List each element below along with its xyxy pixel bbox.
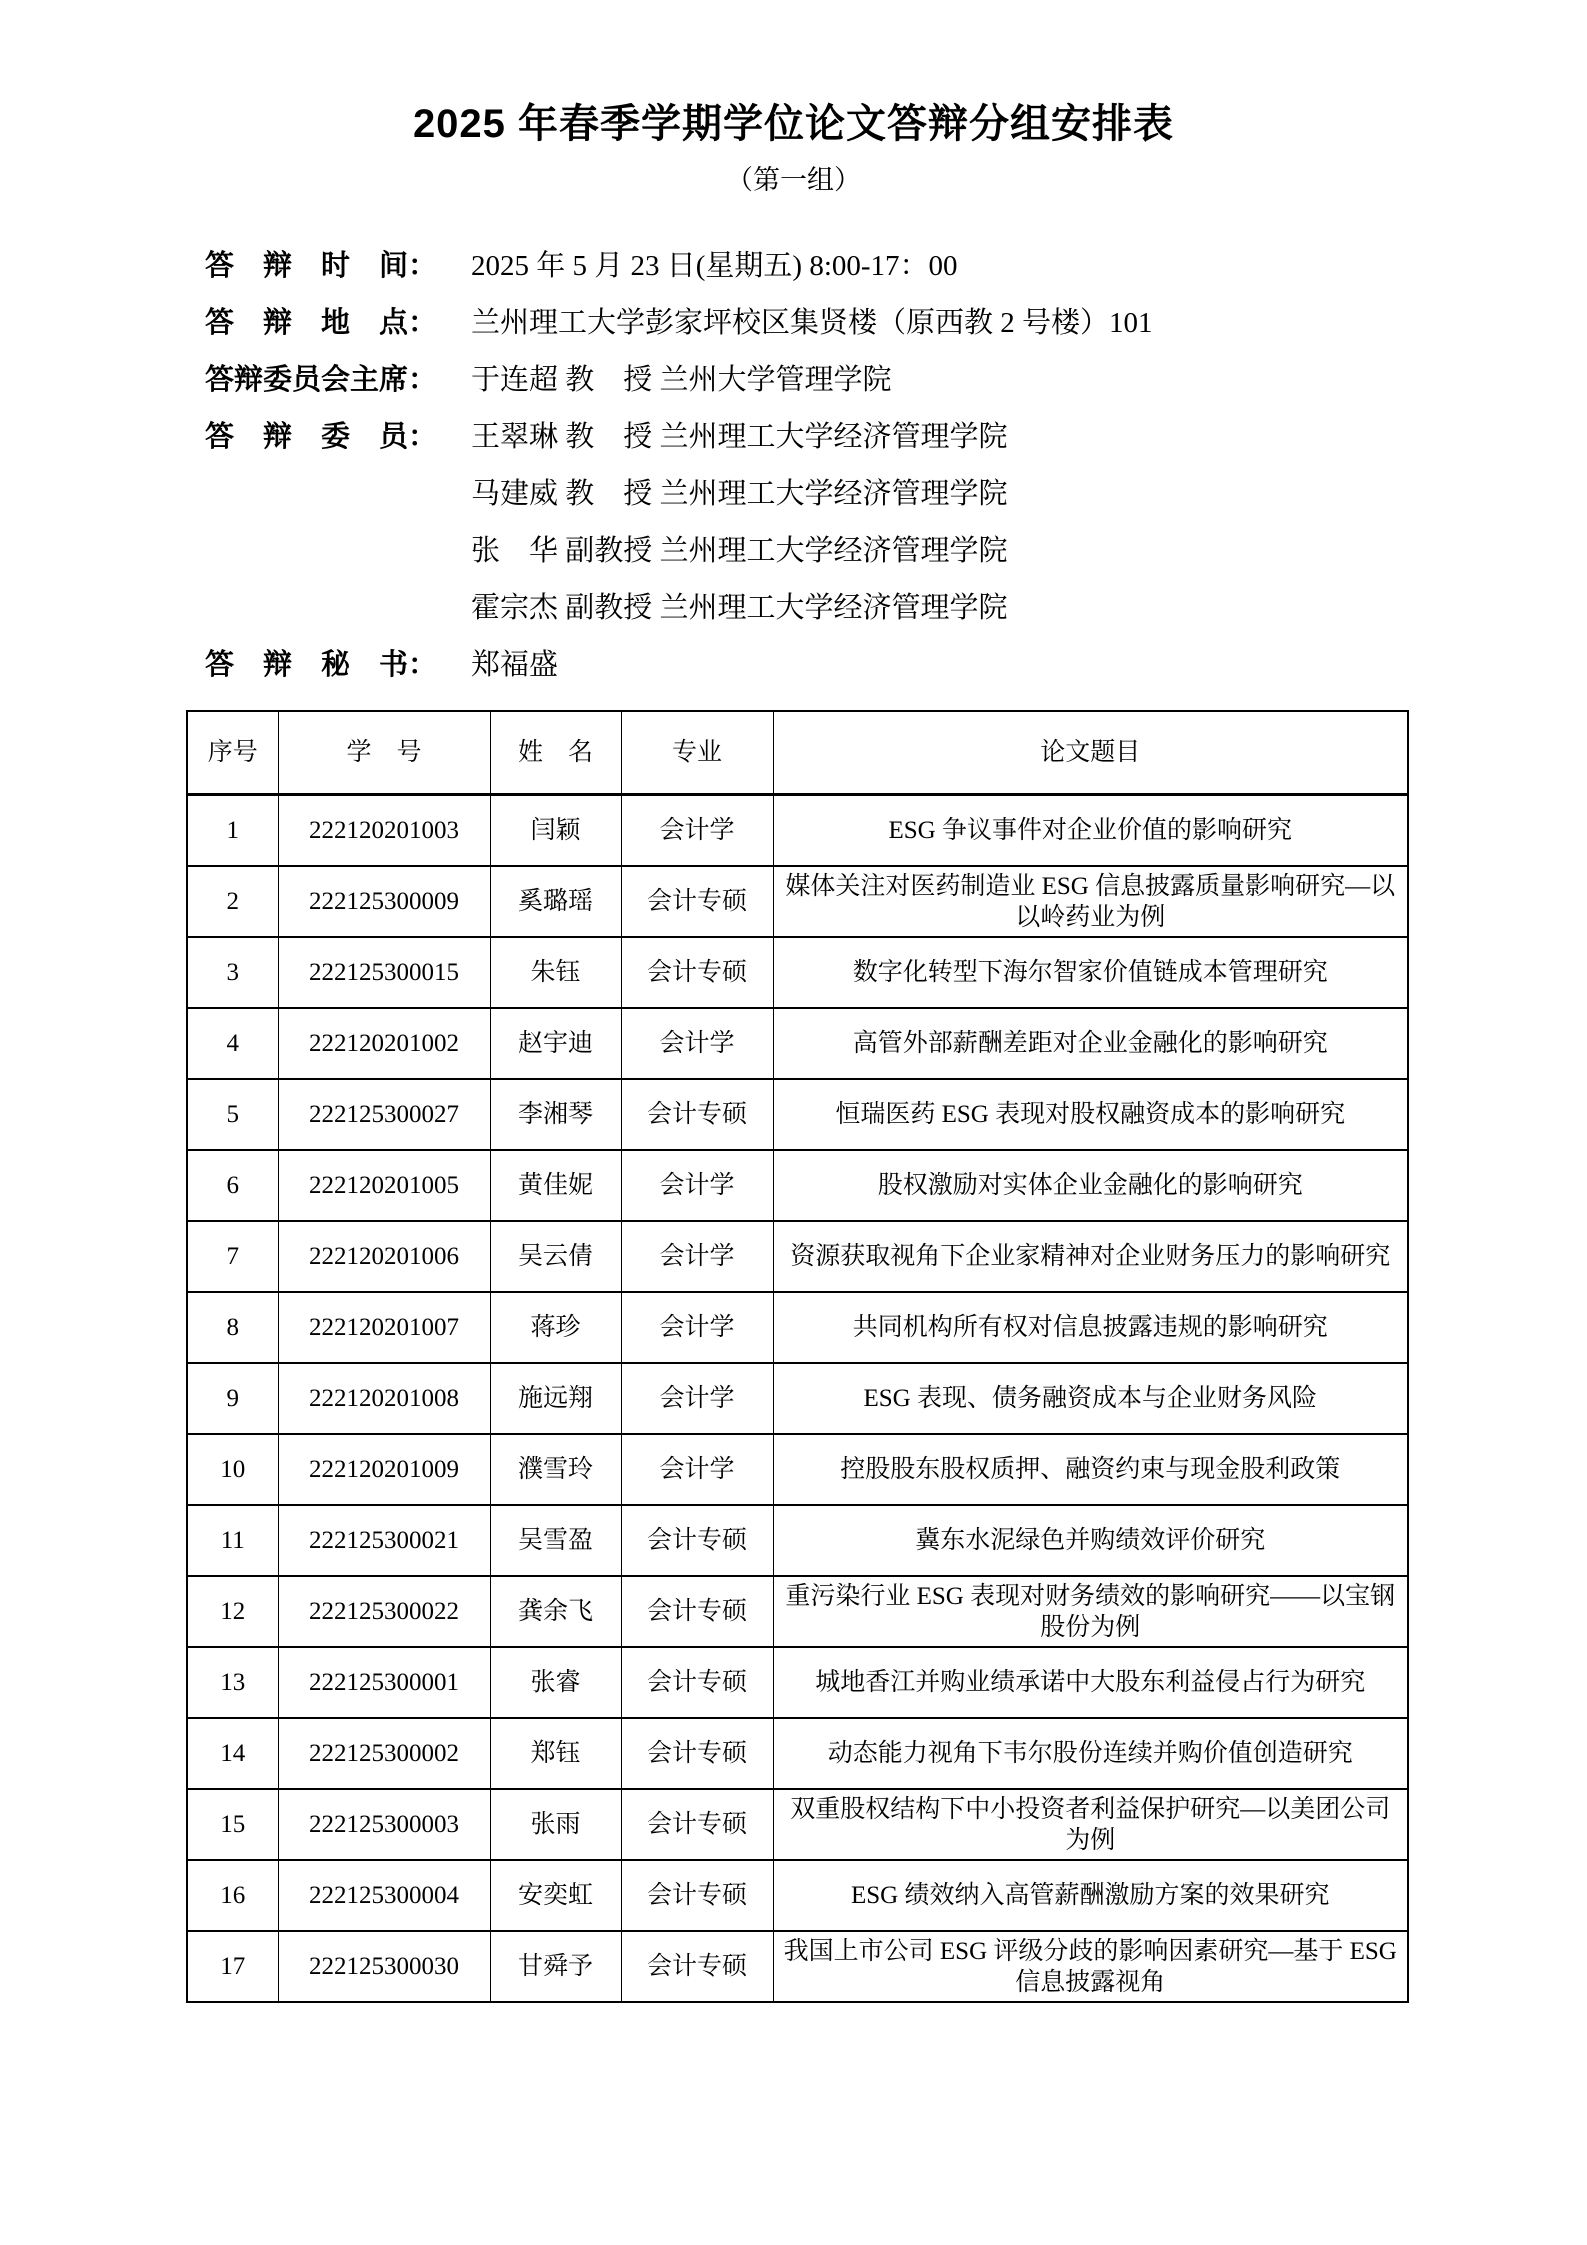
cell-student-id: 222125300002: [278, 1718, 490, 1789]
cell-name: 龚余飞: [490, 1576, 621, 1647]
cell-thesis-title: 高管外部薪酬差距对企业金融化的影响研究: [773, 1008, 1408, 1079]
col-header-name: 姓 名: [490, 711, 621, 795]
cell-index: 1: [187, 795, 278, 867]
info-label: 答辩委员会主席：: [205, 352, 471, 409]
cell-student-id: 222125300009: [278, 866, 490, 937]
cell-name: 赵宇迪: [490, 1008, 621, 1079]
cell-student-id: 222125300027: [278, 1079, 490, 1150]
cell-student-id: 222125300022: [278, 1576, 490, 1647]
table-row: 13222125300001张睿会计专硕城地香江并购业绩承诺中大股东利益侵占行为…: [187, 1647, 1408, 1718]
cell-student-id: 222120201008: [278, 1363, 490, 1434]
col-header-thesis-title: 论文题目: [773, 711, 1408, 795]
document-page: 2025 年春季学期学位论文答辩分组安排表 （第一组） 答 辩 时 间：2025…: [0, 0, 1587, 2245]
table-row: 10222120201009濮雪玲会计学控股股东股权质押、融资约束与现金股利政策: [187, 1434, 1408, 1505]
info-value: 于连超 教 授 兰州大学管理学院: [471, 364, 892, 396]
cell-student-id: 222120201009: [278, 1434, 490, 1505]
info-value: 兰州理工大学彭家坪校区集贤楼（原西教 2 号楼）101: [471, 307, 1153, 339]
cell-index: 17: [187, 1931, 278, 2002]
cell-major: 会计学: [621, 1434, 773, 1505]
cell-major: 会计学: [621, 1008, 773, 1079]
cell-index: 2: [187, 866, 278, 937]
table-row: 1222120201003闫颖会计学ESG 争议事件对企业价值的影响研究: [187, 795, 1408, 867]
cell-index: 15: [187, 1789, 278, 1860]
cell-student-id: 222125300003: [278, 1789, 490, 1860]
cell-thesis-title: ESG 争议事件对企业价值的影响研究: [773, 795, 1408, 867]
table-row: 16222125300004安奕虹会计专硕ESG 绩效纳入高管薪酬激励方案的效果…: [187, 1860, 1408, 1931]
info-value: 王翠琳 教 授 兰州理工大学经济管理学院: [471, 421, 1008, 453]
page-title: 2025 年春季学期学位论文答辩分组安排表: [0, 0, 1587, 150]
info-value: 郑福盛: [471, 649, 558, 681]
cell-major: 会计专硕: [621, 866, 773, 937]
cell-student-id: 222125300030: [278, 1931, 490, 2002]
cell-major: 会计学: [621, 1292, 773, 1363]
info-value: 张 华 副教授 兰州理工大学经济管理学院: [471, 535, 1008, 567]
cell-index: 4: [187, 1008, 278, 1079]
info-line: 张 华 副教授 兰州理工大学经济管理学院: [205, 523, 1587, 580]
cell-student-id: 222125300004: [278, 1860, 490, 1931]
table-row: 3222125300015朱钰会计专硕数字化转型下海尔智家价值链成本管理研究: [187, 937, 1408, 1008]
info-value: 2025 年 5 月 23 日(星期五) 8:00-17：00: [471, 250, 958, 282]
cell-index: 8: [187, 1292, 278, 1363]
table-body: 1222120201003闫颖会计学ESG 争议事件对企业价值的影响研究2222…: [187, 795, 1408, 2003]
page-subtitle: （第一组）: [0, 164, 1587, 196]
cell-major: 会计专硕: [621, 1576, 773, 1647]
cell-student-id: 222120201003: [278, 795, 490, 867]
cell-thesis-title: 股权激励对实体企业金融化的影响研究: [773, 1150, 1408, 1221]
cell-thesis-title: ESG 表现、债务融资成本与企业财务风险: [773, 1363, 1408, 1434]
cell-major: 会计专硕: [621, 1860, 773, 1931]
table-row: 6222120201005黄佳妮会计学股权激励对实体企业金融化的影响研究: [187, 1150, 1408, 1221]
defense-schedule-table: 序号 学 号 姓 名 专业 论文题目 1222120201003闫颖会计学ESG…: [186, 710, 1409, 2003]
info-line: 马建威 教 授 兰州理工大学经济管理学院: [205, 466, 1587, 523]
cell-thesis-title: 重污染行业 ESG 表现对财务绩效的影响研究——以宝钢股份为例: [773, 1576, 1408, 1647]
info-label: 答 辩 秘 书：: [205, 637, 471, 694]
table-row: 9222120201008施远翔会计学ESG 表现、债务融资成本与企业财务风险: [187, 1363, 1408, 1434]
cell-index: 16: [187, 1860, 278, 1931]
cell-student-id: 222120201006: [278, 1221, 490, 1292]
table-row: 8222120201007蒋珍会计学共同机构所有权对信息披露违规的影响研究: [187, 1292, 1408, 1363]
cell-thesis-title: 数字化转型下海尔智家价值链成本管理研究: [773, 937, 1408, 1008]
table-row: 12222125300022龚余飞会计专硕重污染行业 ESG 表现对财务绩效的影…: [187, 1576, 1408, 1647]
cell-name: 濮雪玲: [490, 1434, 621, 1505]
table-row: 7222120201006吴云倩会计学资源获取视角下企业家精神对企业财务压力的影…: [187, 1221, 1408, 1292]
cell-index: 6: [187, 1150, 278, 1221]
cell-thesis-title: 动态能力视角下韦尔股份连续并购价值创造研究: [773, 1718, 1408, 1789]
cell-name: 李湘琴: [490, 1079, 621, 1150]
cell-name: 吴云倩: [490, 1221, 621, 1292]
defense-info-block: 答 辩 时 间：2025 年 5 月 23 日(星期五) 8:00-17：00答…: [205, 238, 1587, 694]
table-row: 11222125300021吴雪盈会计专硕冀东水泥绿色并购绩效评价研究: [187, 1505, 1408, 1576]
table-row: 17222125300030甘舜予会计专硕我国上市公司 ESG 评级分歧的影响因…: [187, 1931, 1408, 2002]
cell-major: 会计专硕: [621, 1079, 773, 1150]
cell-index: 13: [187, 1647, 278, 1718]
cell-index: 9: [187, 1363, 278, 1434]
cell-major: 会计专硕: [621, 1647, 773, 1718]
cell-thesis-title: 恒瑞医药 ESG 表现对股权融资成本的影响研究: [773, 1079, 1408, 1150]
cell-name: 施远翔: [490, 1363, 621, 1434]
info-line: 答辩委员会主席：于连超 教 授 兰州大学管理学院: [205, 352, 1587, 409]
cell-thesis-title: 我国上市公司 ESG 评级分歧的影响因素研究—基于 ESG 信息披露视角: [773, 1931, 1408, 2002]
cell-student-id: 222120201002: [278, 1008, 490, 1079]
cell-name: 闫颖: [490, 795, 621, 867]
cell-index: 7: [187, 1221, 278, 1292]
cell-major: 会计学: [621, 795, 773, 867]
cell-major: 会计学: [621, 1221, 773, 1292]
cell-student-id: 222125300015: [278, 937, 490, 1008]
info-label: 答 辩 地 点：: [205, 295, 471, 352]
cell-index: 3: [187, 937, 278, 1008]
cell-name: 甘舜予: [490, 1931, 621, 2002]
cell-thesis-title: 城地香江并购业绩承诺中大股东利益侵占行为研究: [773, 1647, 1408, 1718]
cell-name: 郑钰: [490, 1718, 621, 1789]
cell-name: 吴雪盈: [490, 1505, 621, 1576]
info-line: 答 辩 时 间：2025 年 5 月 23 日(星期五) 8:00-17：00: [205, 238, 1587, 295]
cell-thesis-title: 媒体关注对医药制造业 ESG 信息披露质量影响研究—以以岭药业为例: [773, 866, 1408, 937]
info-value: 马建威 教 授 兰州理工大学经济管理学院: [471, 478, 1008, 510]
cell-index: 5: [187, 1079, 278, 1150]
table-row: 5222125300027李湘琴会计专硕恒瑞医药 ESG 表现对股权融资成本的影…: [187, 1079, 1408, 1150]
table-row: 2222125300009奚璐瑶会计专硕媒体关注对医药制造业 ESG 信息披露质…: [187, 866, 1408, 937]
info-line: 霍宗杰 副教授 兰州理工大学经济管理学院: [205, 580, 1587, 637]
info-label: 答 辩 委 员：: [205, 409, 471, 466]
cell-major: 会计专硕: [621, 937, 773, 1008]
cell-major: 会计学: [621, 1363, 773, 1434]
table-row: 4222120201002赵宇迪会计学高管外部薪酬差距对企业金融化的影响研究: [187, 1008, 1408, 1079]
cell-name: 朱钰: [490, 937, 621, 1008]
cell-name: 安奕虹: [490, 1860, 621, 1931]
info-value: 霍宗杰 副教授 兰州理工大学经济管理学院: [471, 592, 1008, 624]
cell-student-id: 222120201005: [278, 1150, 490, 1221]
cell-thesis-title: ESG 绩效纳入高管薪酬激励方案的效果研究: [773, 1860, 1408, 1931]
cell-student-id: 222125300001: [278, 1647, 490, 1718]
table-header-row: 序号 学 号 姓 名 专业 论文题目: [187, 711, 1408, 795]
info-line: 答 辩 秘 书：郑福盛: [205, 637, 1587, 694]
cell-thesis-title: 冀东水泥绿色并购绩效评价研究: [773, 1505, 1408, 1576]
cell-name: 张雨: [490, 1789, 621, 1860]
cell-thesis-title: 资源获取视角下企业家精神对企业财务压力的影响研究: [773, 1221, 1408, 1292]
cell-index: 11: [187, 1505, 278, 1576]
info-line: 答 辩 委 员：王翠琳 教 授 兰州理工大学经济管理学院: [205, 409, 1587, 466]
col-header-index: 序号: [187, 711, 278, 795]
cell-name: 蒋珍: [490, 1292, 621, 1363]
info-line: 答 辩 地 点：兰州理工大学彭家坪校区集贤楼（原西教 2 号楼）101: [205, 295, 1587, 352]
cell-name: 张睿: [490, 1647, 621, 1718]
table-row: 14222125300002郑钰会计专硕动态能力视角下韦尔股份连续并购价值创造研…: [187, 1718, 1408, 1789]
cell-index: 12: [187, 1576, 278, 1647]
cell-major: 会计专硕: [621, 1718, 773, 1789]
cell-thesis-title: 双重股权结构下中小投资者利益保护研究—以美团公司为例: [773, 1789, 1408, 1860]
cell-thesis-title: 共同机构所有权对信息披露违规的影响研究: [773, 1292, 1408, 1363]
cell-major: 会计专硕: [621, 1505, 773, 1576]
info-label: 答 辩 时 间：: [205, 238, 471, 295]
cell-name: 奚璐瑶: [490, 866, 621, 937]
table-row: 15222125300003张雨会计专硕双重股权结构下中小投资者利益保护研究—以…: [187, 1789, 1408, 1860]
cell-name: 黄佳妮: [490, 1150, 621, 1221]
col-header-student-id: 学 号: [278, 711, 490, 795]
col-header-major: 专业: [621, 711, 773, 795]
cell-thesis-title: 控股股东股权质押、融资约束与现金股利政策: [773, 1434, 1408, 1505]
cell-student-id: 222125300021: [278, 1505, 490, 1576]
cell-major: 会计专硕: [621, 1931, 773, 2002]
cell-student-id: 222120201007: [278, 1292, 490, 1363]
cell-index: 10: [187, 1434, 278, 1505]
cell-major: 会计学: [621, 1150, 773, 1221]
cell-index: 14: [187, 1718, 278, 1789]
cell-major: 会计专硕: [621, 1789, 773, 1860]
